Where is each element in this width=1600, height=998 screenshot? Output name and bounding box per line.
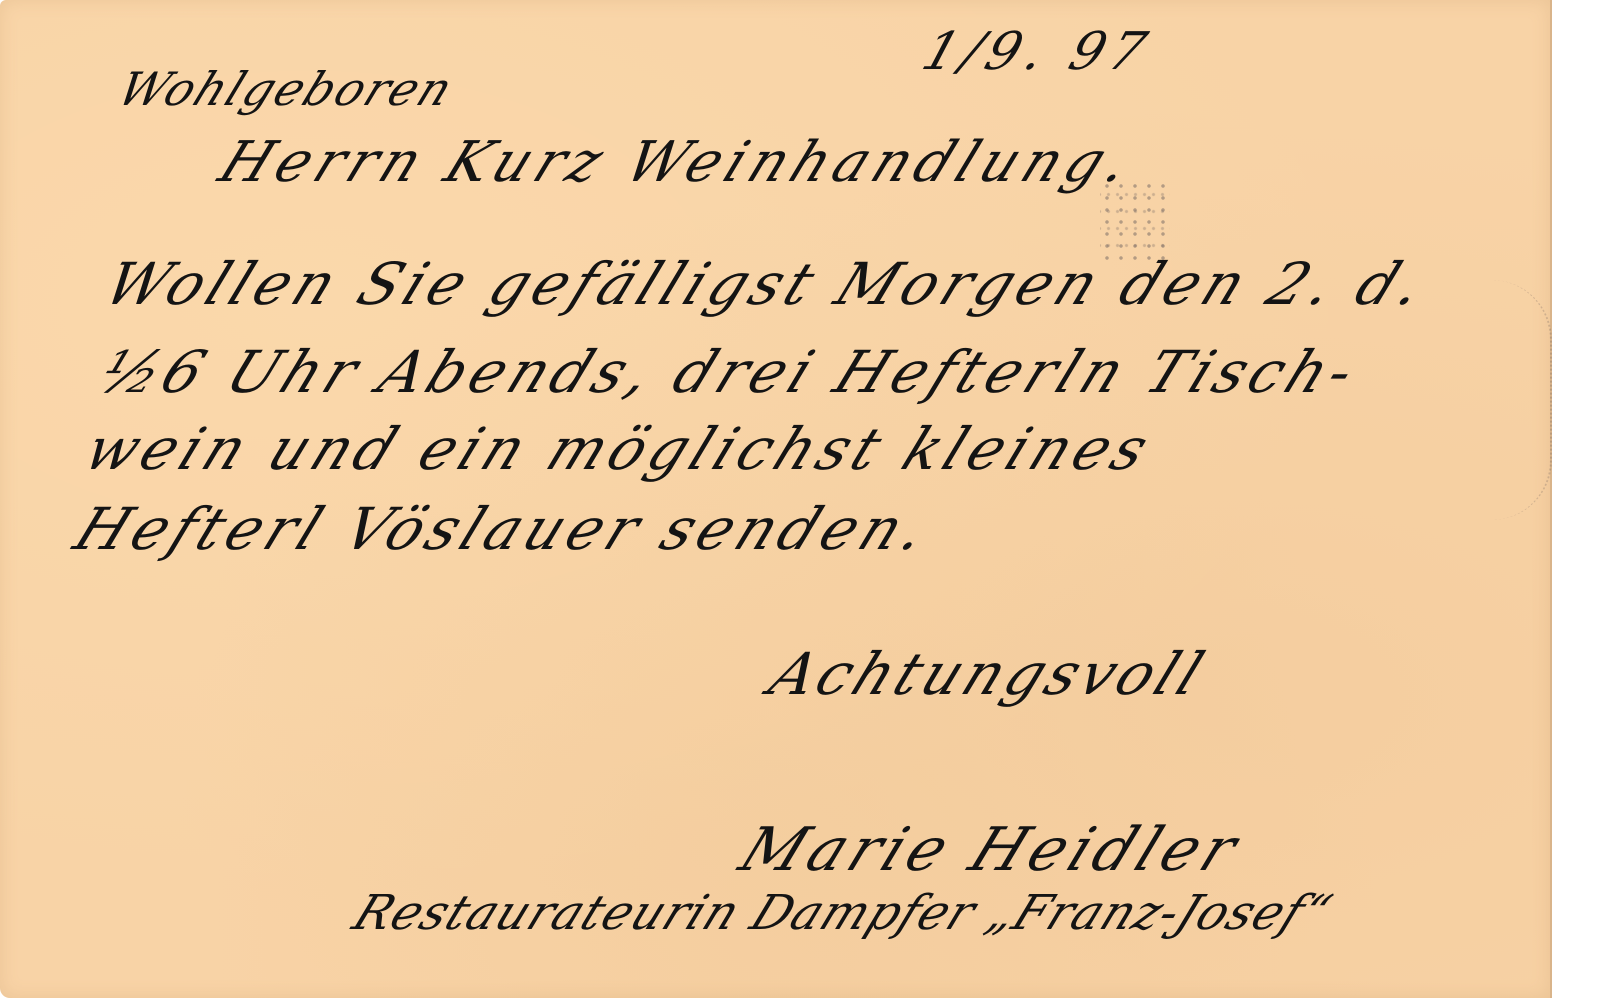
body-line-3: wein und ein möglichst kleines xyxy=(75,415,1163,483)
salutation-line-2: Herrn Kurz Weinhandlung. xyxy=(210,130,1146,195)
body-line-2: ½6 Uhr Abends, drei Hefterln Tisch- xyxy=(90,338,1370,406)
postmark-trace xyxy=(1470,280,1552,520)
salutation-line-1: Wohlgeboren xyxy=(110,62,463,116)
body-line-1: Wollen Sie gefälligst Morgen den 2. d. xyxy=(95,250,1439,318)
page: 1/9. 97 Wohlgeboren Herrn Kurz Weinhandl… xyxy=(0,0,1600,998)
body-line-4: Hefterl Vöslauer senden. xyxy=(65,495,942,563)
signature-title: Restaurateurin Dampfer „Franz-Josef“ xyxy=(345,885,1341,941)
date: 1/9. 97 xyxy=(915,22,1159,82)
postcard: 1/9. 97 Wohlgeboren Herrn Kurz Weinhandl… xyxy=(0,0,1552,998)
signature: Marie Heidler xyxy=(730,815,1252,885)
ink-speckle-marks xyxy=(1100,180,1170,260)
closing: Achtungsvoll xyxy=(760,640,1217,708)
